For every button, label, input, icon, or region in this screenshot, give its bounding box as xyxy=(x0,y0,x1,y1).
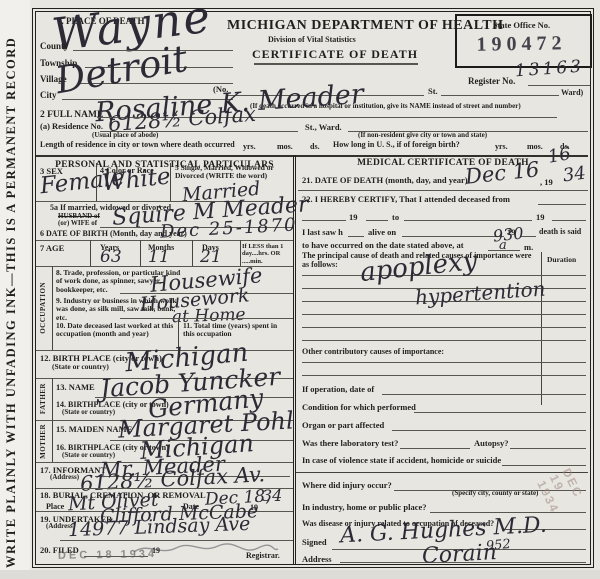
rule-line xyxy=(441,95,559,96)
time-meridiem-value: a xyxy=(499,240,507,252)
injury-label: Where did injury occur? xyxy=(302,481,392,491)
bottom-paper-edge xyxy=(0,570,600,579)
occupation-side-strip: OCCUPATION xyxy=(36,266,53,350)
rule-line xyxy=(392,430,586,431)
death-certificate-scan: WRITE PLAINLY WITH UNFADING INK—THIS IS … xyxy=(0,0,600,579)
time-of-death-value: 930 xyxy=(492,226,524,244)
rule-line xyxy=(502,465,586,466)
last-saw-label: I last saw h xyxy=(302,228,343,238)
certify-to-label: to xyxy=(392,213,399,223)
state-office-label: State Office No. xyxy=(455,21,588,31)
rule-line xyxy=(298,190,588,191)
rule-line xyxy=(404,220,532,221)
cell-divider xyxy=(170,163,171,201)
mos-label: mos. xyxy=(277,143,293,152)
section-divider xyxy=(36,155,588,157)
cell-divider xyxy=(240,240,241,266)
rule-line xyxy=(402,236,504,237)
burial-year-value: 34 xyxy=(262,489,282,503)
mother-side-strip: MOTHER xyxy=(36,420,53,462)
total-time-label: 11. Total time (years) spent in this occ… xyxy=(183,322,288,339)
signed-label: Signed xyxy=(302,538,327,548)
abode-note: (Usual place of abode) xyxy=(92,132,158,140)
mother-side-label: MOTHER xyxy=(40,424,48,459)
last-worked-label: 10. Date deceased last worked at this oc… xyxy=(56,322,174,339)
date-of-death-label: 21. DATE OF DEATH (month, day, and year) xyxy=(302,176,468,186)
register-label: Register No. xyxy=(468,76,515,86)
rule-line xyxy=(302,375,586,376)
rule-line xyxy=(538,204,586,205)
rule-line xyxy=(552,220,586,221)
howlong-label: How long in U. S., if of foreign birth? xyxy=(333,141,460,150)
yrs-label: yrs. xyxy=(243,143,256,152)
age-days-value: 21 xyxy=(200,250,222,265)
contributory-label: Other contributory causes of importance: xyxy=(302,348,444,357)
age-years-value: 63 xyxy=(100,250,122,265)
division-subtitle: Division of Vital Statistics xyxy=(268,36,356,45)
undertaker-address-value: 14977 Lindsay Ave xyxy=(68,516,251,539)
injury-note: (Specify city, county or state) xyxy=(452,490,538,498)
lab-test-label: Was there laboratory test? xyxy=(302,439,398,449)
father-name-label: 13. NAME xyxy=(56,383,95,393)
certify-year-1: 19 xyxy=(349,213,358,223)
cell-divider xyxy=(192,240,193,266)
physician-address-street: Corain xyxy=(422,543,498,567)
rule-line xyxy=(414,412,586,413)
ward-label: Ward) xyxy=(561,89,583,98)
cell-divider xyxy=(90,240,91,266)
rule-line xyxy=(348,236,364,237)
marital-label: 5 Single, Married, Widowed or Divorced (… xyxy=(175,164,287,181)
st-label: St. xyxy=(428,87,438,97)
rule-line xyxy=(510,448,586,449)
organ-label: Organ or part affected xyxy=(302,421,384,431)
county-label: County xyxy=(40,41,69,51)
rule-line xyxy=(302,362,586,363)
city-label: City xyxy=(40,90,57,100)
rule-line xyxy=(382,394,586,395)
rule-line xyxy=(36,240,293,241)
margin-note: WRITE PLAINLY WITH UNFADING INK—THIS IS … xyxy=(4,12,18,568)
state-office-number-stamp: 190472 xyxy=(455,32,588,57)
full-name-label: 2 FULL NAME xyxy=(40,110,103,121)
section-rule xyxy=(296,472,588,473)
yrs-label-2: yrs. xyxy=(495,143,508,152)
father-birthplace-subnote: (State or country) xyxy=(62,409,115,417)
medical-section-title: MEDICAL CERTIFICATE OF DEATH xyxy=(298,158,588,169)
certify-label: 22. I HEREBY CERTIFY, That I attended de… xyxy=(302,195,510,205)
rule-line xyxy=(254,63,418,65)
dod-year-prefix: , 19 xyxy=(540,178,553,188)
birthplace-subnote: (State or country) xyxy=(52,363,109,371)
length-residence-label: Length of residence in city or town wher… xyxy=(40,141,235,150)
rule-line xyxy=(400,448,470,449)
rule-line xyxy=(430,512,586,513)
wife-of-label: (or) WIFE of xyxy=(58,220,97,228)
occupation-side-label: OCCUPATION xyxy=(40,282,48,334)
alive-on-label: alive on xyxy=(368,228,396,238)
certificate-title: CERTIFICATE OF DEATH xyxy=(252,48,418,61)
address-label: Address xyxy=(302,555,332,565)
race-value: White xyxy=(101,166,171,194)
medical-title-annotation: 16 xyxy=(547,146,572,166)
father-side-strip: FATHER xyxy=(36,378,53,420)
rule-line xyxy=(366,220,388,221)
rule-line xyxy=(528,85,590,86)
st-ward-label: St., Ward. xyxy=(305,123,342,133)
operation-label: If operation, date of xyxy=(302,385,374,395)
rule-line xyxy=(302,220,346,221)
age-months-value: 11 xyxy=(148,250,170,265)
autopsy-label: Autopsy? xyxy=(474,439,508,449)
age-label: 7 AGE xyxy=(40,244,64,254)
public-place-label: In industry, home or public place? xyxy=(302,503,427,513)
age-less-note: If LESS than 1 day....hrs. OR .....min. xyxy=(242,243,292,265)
dod-year-value: 34 xyxy=(562,165,587,184)
informant-address-note: (Address) xyxy=(50,474,79,482)
father-side-label: FATHER xyxy=(40,383,48,414)
certify-year-2: 19 xyxy=(536,213,545,223)
violence-label: In case of violence state if accident, h… xyxy=(302,456,501,466)
cell-divider xyxy=(140,240,141,266)
rule-line xyxy=(120,318,293,319)
mos-label-2: mos. xyxy=(527,143,543,152)
condition-label: Condition for which performed xyxy=(302,403,416,413)
death-said-label: death is said xyxy=(539,228,581,237)
ds-label: ds. xyxy=(310,143,320,152)
registrar-label: Registrar. xyxy=(246,552,280,561)
cell-divider xyxy=(96,163,97,201)
nonresident-note: (If non-resident give city or town and s… xyxy=(358,132,487,140)
register-number: 13163 xyxy=(515,60,585,80)
